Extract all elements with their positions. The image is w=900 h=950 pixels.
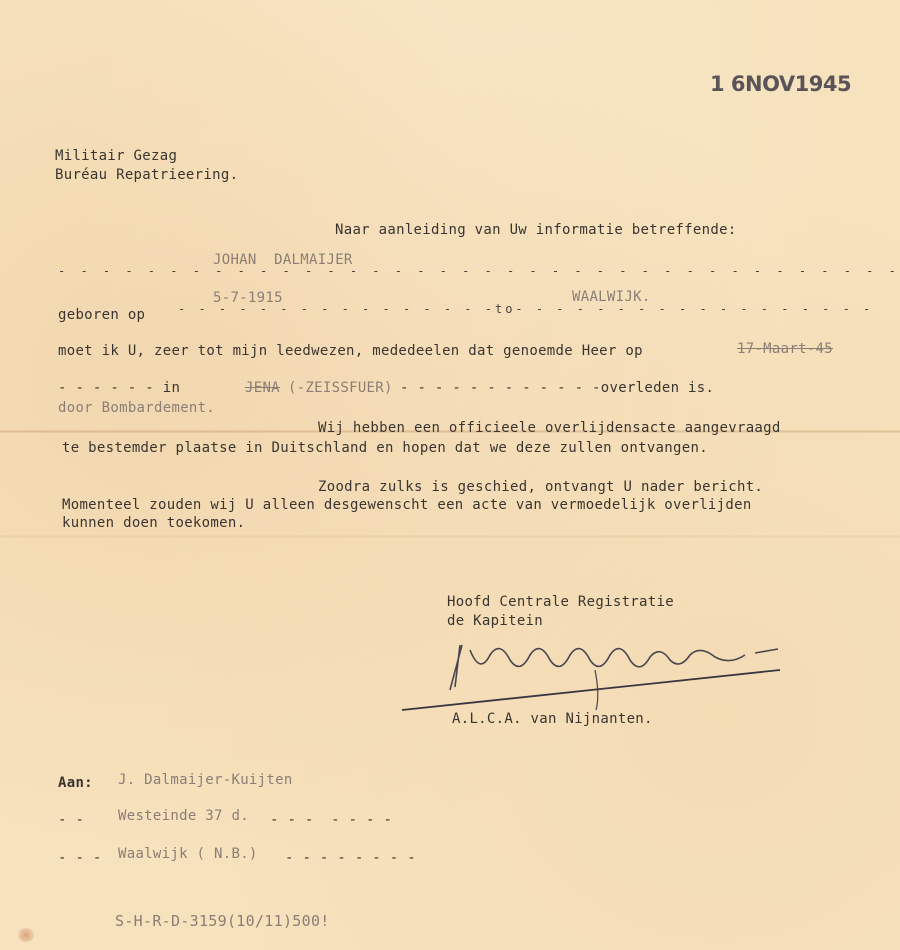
para3-line1: Zoodra zulks is geschied, ontvangt U nad… [318,479,763,495]
form-code: S-H-R-D-3159(10/11)500! [115,912,330,930]
death-date: 17-Maart-45 [737,341,833,357]
death-suffix: - - - - - - - - - - - -overleden is. [400,380,714,396]
death-place: (-ZEISSFUER) [288,380,393,396]
para3-line2: Momenteel zouden wij U alleen desgewensc… [62,497,752,513]
death-text: moet ik U, zeer tot mijn leedwezen, mede… [58,343,643,359]
address-label: Aan: [58,775,93,791]
para2-line2: te bestemder plaatse in Duitschland en h… [62,440,708,456]
cause-of-death: door Bombardement. [58,400,215,416]
signatory-name: A.L.C.A. van Nijnanten. [452,711,653,727]
death-prefix: - - - - - - in [58,380,180,396]
birth-dashes: - - - - - - - - - - - - - - - -to- - - -… [178,302,873,316]
para3-line3: kunnen doen toekomen. [62,515,245,531]
name-dashes: - - - - - - - - - - - - - - - - - - - - … [58,264,900,278]
recipient-name: J. Dalmaijer-Kuijten [118,772,293,788]
paper-fold [0,535,900,538]
para2-line1: Wij hebben een officieele overlijdensact… [318,420,781,436]
city-dashes: - - - [58,850,102,866]
date-stamp: 1 6NOV1945 [710,72,851,96]
intro-text: Naar aanleiding van Uw informatie betref… [335,222,737,238]
signature-title1: Hoofd Centrale Registratie [447,594,674,610]
letterhead-line2: Buréau Repatrieering. [55,167,238,183]
street-dashes: - - [58,812,84,828]
recipient-street: Westeinde 37 d. [118,808,249,824]
birth-label: geboren op [58,307,145,323]
recipient-city: Waalwijk ( N.B.) [118,846,258,862]
death-place-struck: JENA [245,380,280,396]
street-trail: - - - - - - - [270,812,392,828]
handwritten-signature [400,615,800,715]
letterhead-line1: Militair Gezag [55,148,177,164]
stain-spot [18,928,34,942]
city-trail: - - - - - - - - [285,850,416,866]
